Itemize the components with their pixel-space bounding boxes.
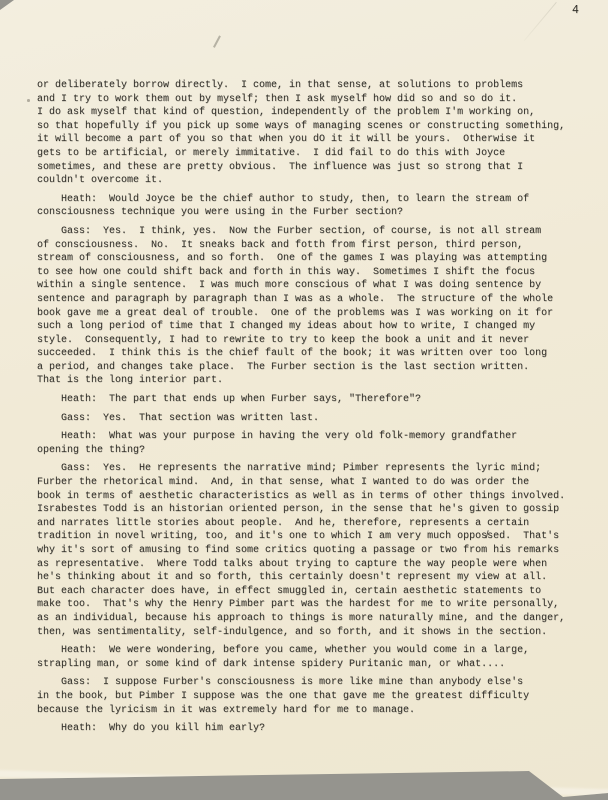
text-line: book in terms of aesthetic characteristi… [37, 490, 565, 504]
text-line: and I try to work them out by myself; th… [37, 93, 565, 107]
text-line: Heath: The part that ends up when Furber… [37, 393, 565, 407]
stray-speck [27, 99, 30, 102]
text-line: Gass: Yes. That section was written last… [37, 412, 565, 426]
paragraph-heath-3: Heath: The part that ends up when Furber… [37, 393, 565, 407]
text-line: sentence and paragraph by paragraph than… [37, 293, 565, 307]
text-line: of consciousness. No. It sneaks back and… [37, 239, 565, 253]
text-line: I do ask myself that kind of question, i… [37, 106, 565, 120]
text-line: within a single sentence. I was much mor… [37, 279, 565, 293]
text-line: style. Consequently, I had to rewrite to… [37, 334, 565, 348]
transcript-text: or deliberately borrow directly. I come,… [37, 79, 565, 736]
paragraph-heath-5: Heath: What was your purpose in having t… [37, 430, 565, 457]
text-line: as an individual, because his approach t… [37, 612, 565, 626]
text-line: he's thinking about it and so forth, thi… [37, 571, 565, 585]
text-line: opening the thing? [37, 444, 565, 458]
text-line: Gass: Yes. He represents the narrative m… [37, 462, 565, 476]
text-line: or deliberately borrow directly. I come,… [37, 79, 565, 93]
text-line: in the book, but Pimber I suppose was th… [37, 690, 565, 704]
paragraph-heath-9: Heath: Why do you kill him early? [37, 722, 565, 736]
text-line: couldn't overcome it. [37, 174, 565, 188]
paragraph-heath-7: Heath: We were wondering, before you cam… [37, 644, 565, 671]
page-number: 4 [572, 4, 579, 17]
text-line: consciousness technique you were using i… [37, 206, 565, 220]
text-line: then, was sentimentality, self-indulgenc… [37, 626, 565, 640]
text-line: strapling man, or some kind of dark inte… [37, 658, 565, 672]
text-line: so that hopefully if you pick up some wa… [37, 120, 565, 134]
text-line: gets to be artificial, or merely immitat… [37, 147, 565, 161]
paragraph-gass-6: Gass: Yes. He represents the narrative m… [37, 462, 565, 639]
paper-bottom-edge [0, 770, 608, 796]
text-line: Heath: We were wondering, before you cam… [37, 644, 565, 658]
text-line: sometimes, and these are pretty obvious.… [37, 161, 565, 175]
paragraph-heath-1: Heath: Would Joyce be the chief author t… [37, 193, 565, 220]
text-line: Israbestes Todd is an historian oriented… [37, 503, 565, 517]
text-line: it will become a part of you so that whe… [37, 133, 565, 147]
stray-mark [213, 35, 220, 47]
text-line: Furber the rhetorical mind. And, in that… [37, 476, 565, 490]
text-line: succeeded. I think this is the chief fau… [37, 347, 565, 361]
text-line: to see how one could shift back and fort… [37, 266, 565, 280]
text-line: and narrates little stories about people… [37, 517, 565, 531]
text-line: Heath: Why do you kill him early? [37, 722, 565, 736]
scanned-page: 4 or deliberately borrow directly. I com… [0, 0, 608, 800]
text-line: why it's sort of amusing to find some cr… [37, 544, 565, 558]
text-line: make too. That's why the Henry Pimber pa… [37, 598, 565, 612]
text-line: Gass: Yes. I think, yes. Now the Furber … [37, 225, 565, 239]
text-line: a period, and changes take place. The Fu… [37, 361, 565, 375]
text-line: such a long period of time that I change… [37, 320, 565, 334]
paragraph-gass-4: Gass: Yes. That section was written last… [37, 412, 565, 426]
paragraph-0: or deliberately borrow directly. I come,… [37, 79, 565, 188]
text-line: tradition in novel writing, too, and it'… [37, 530, 565, 544]
text-line: Gass: I suppose Furber's consciousness i… [37, 676, 565, 690]
text-line: stream of consciousness, and so forth. O… [37, 252, 565, 266]
text-line: That is the long interior part. [37, 374, 565, 388]
text-line: Heath: Would Joyce be the chief author t… [37, 193, 565, 207]
paragraph-gass-2: Gass: Yes. I think, yes. Now the Furber … [37, 225, 565, 388]
text-line: book gave me a great deal of trouble. On… [37, 307, 565, 321]
text-line: because the lyricism in it was extremely… [37, 704, 565, 718]
text-line: But each character does have, in effect … [37, 585, 565, 599]
paragraph-gass-8: Gass: I suppose Furber's consciousness i… [37, 676, 565, 717]
text-line: as representative. Where Todd talks abou… [37, 558, 565, 572]
paper-crease [524, 2, 557, 41]
text-line: Heath: What was your purpose in having t… [37, 430, 565, 444]
